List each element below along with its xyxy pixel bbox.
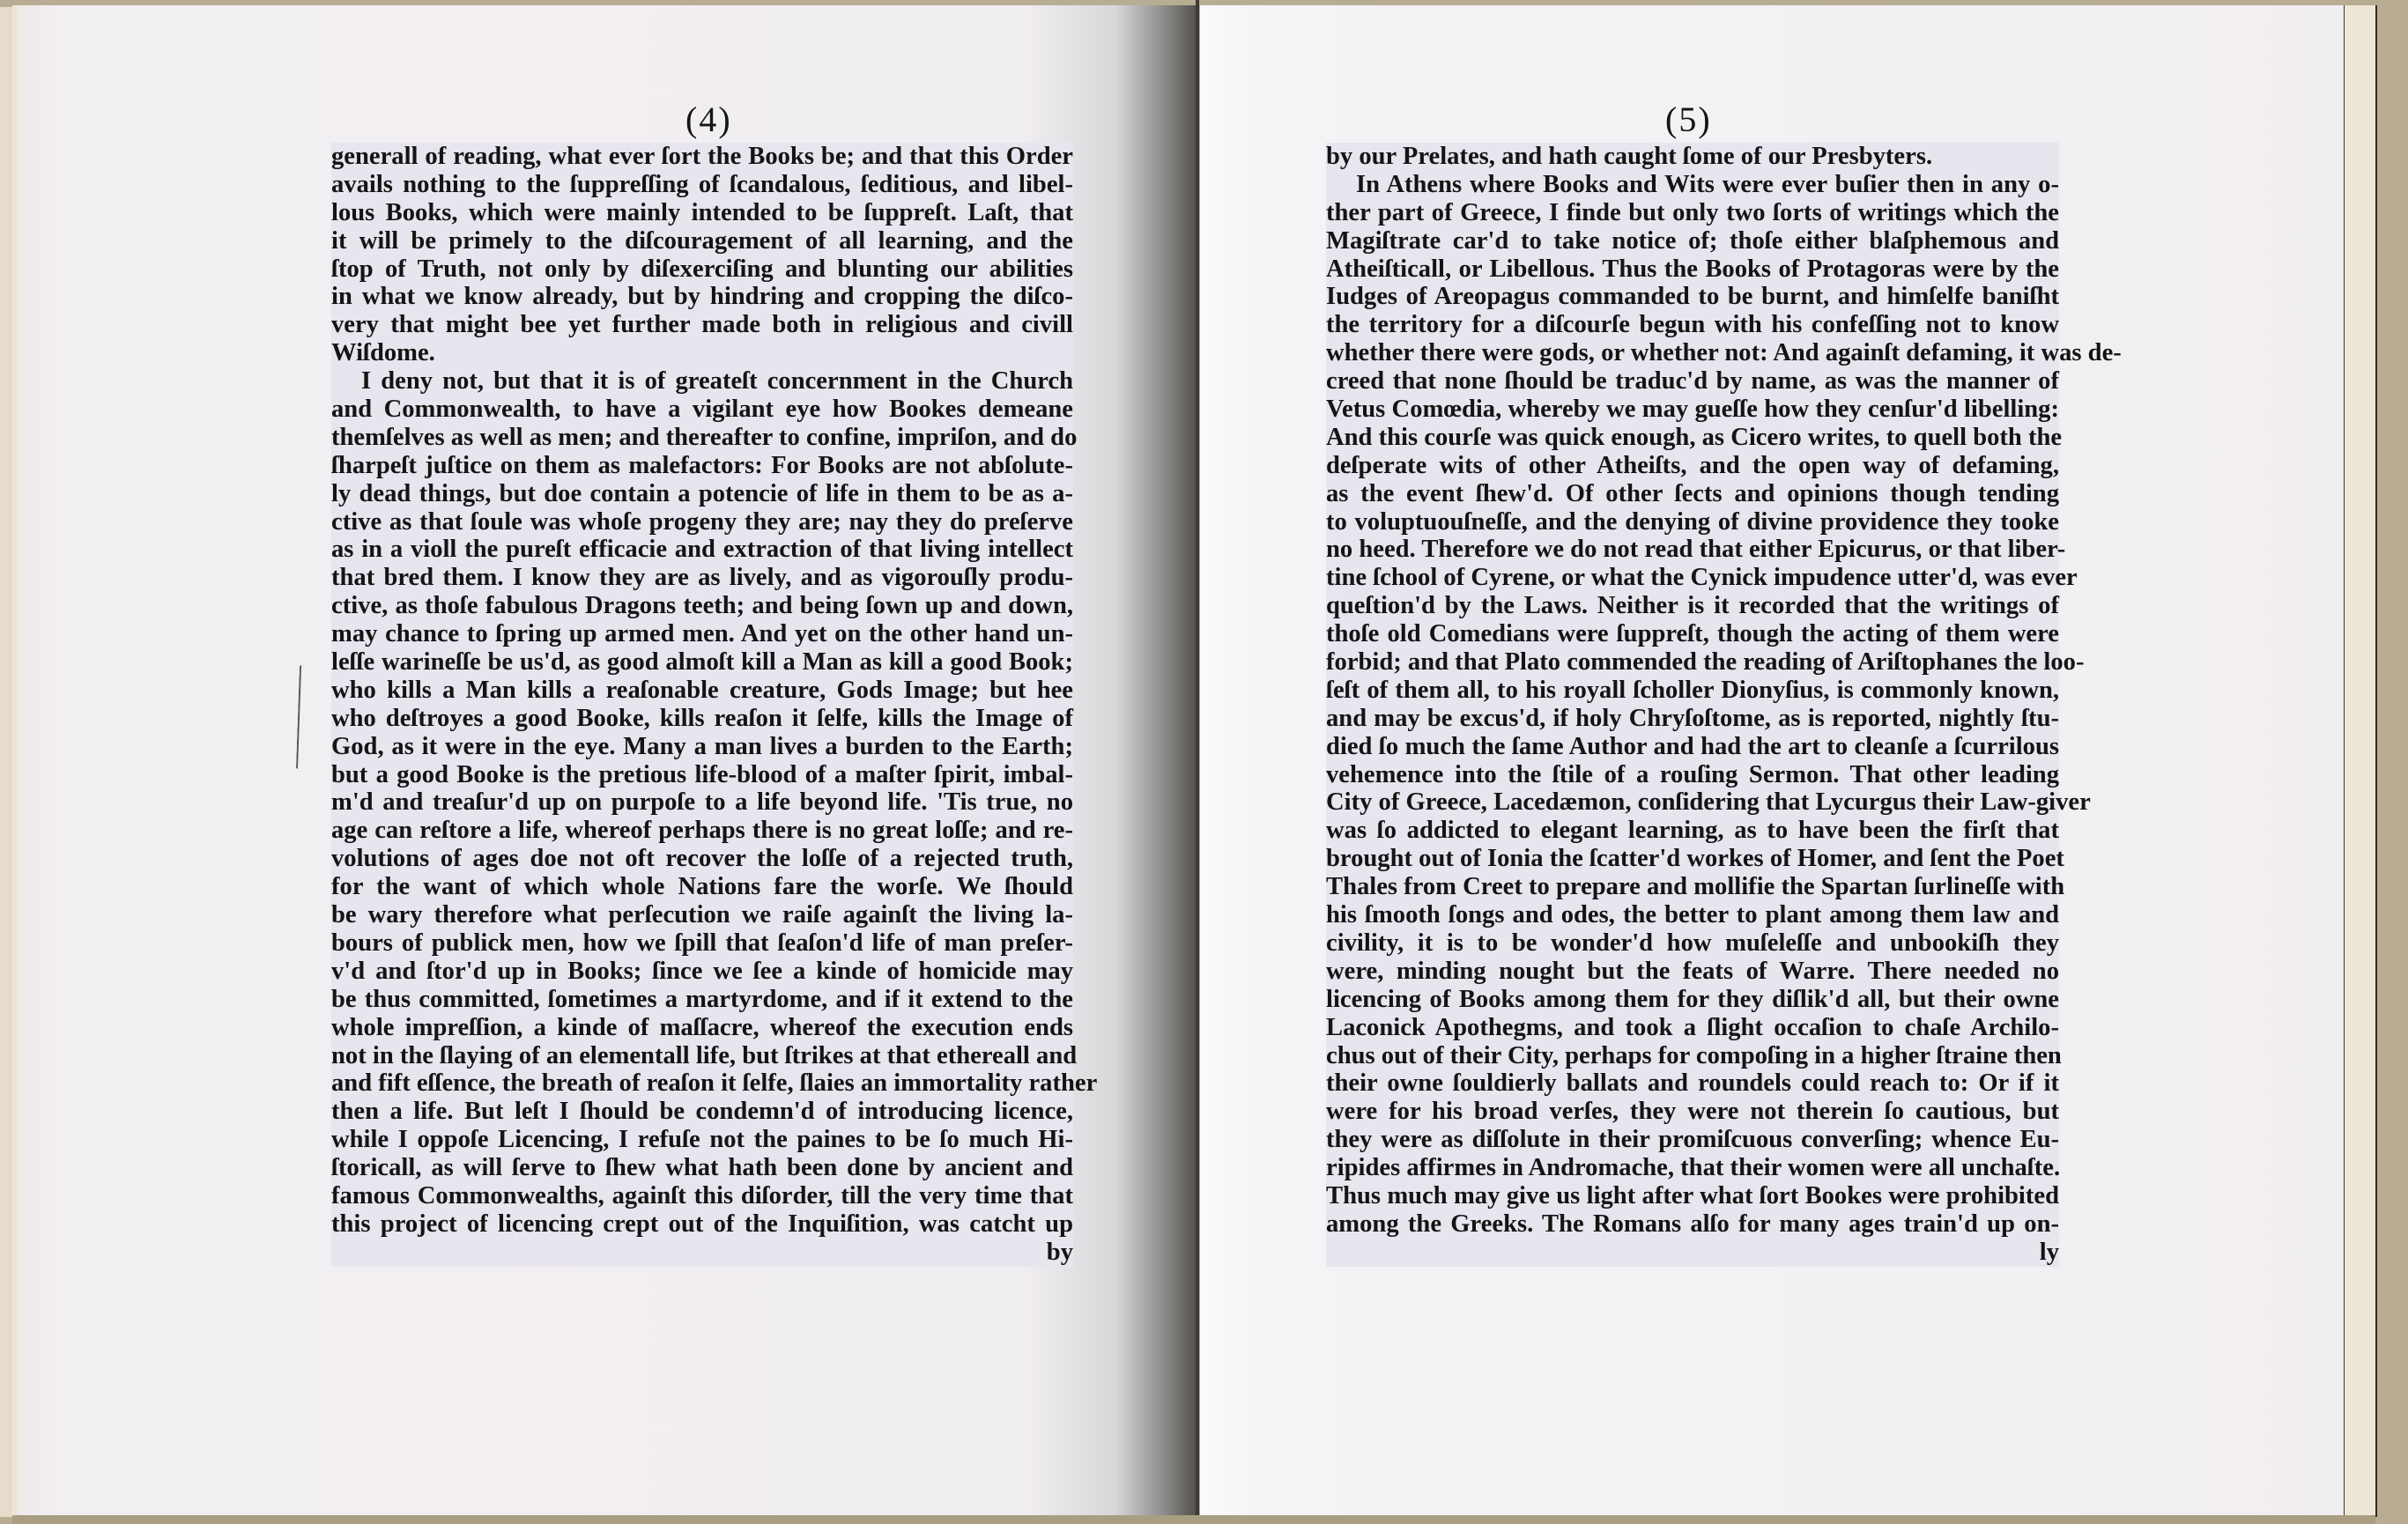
text-line: civility, it is to be wonder'd how muſel… <box>1326 929 2059 958</box>
text-line: deſperate wits of other Atheiſts, and th… <box>1326 452 2059 480</box>
catchword: by <box>331 1239 1073 1267</box>
text-line: Atheiſticall, or Libellous. Thus the Boo… <box>1326 255 2059 284</box>
text-line: that bred them. I know they are as livel… <box>331 564 1073 592</box>
text-line: this project of licencing crept out of t… <box>331 1210 1073 1239</box>
text-line: lous Books, which were mainly intended t… <box>331 199 1073 227</box>
text-line: leſſe warineſſe be us'd, as good almoſt … <box>331 648 1073 677</box>
text-line: it will be primely to the diſcouragement… <box>331 227 1073 255</box>
text-line: their owne ſouldierly ballats and rounde… <box>1326 1069 2059 1098</box>
text-line: chus out of their City, perhaps for comp… <box>1326 1042 2059 1070</box>
text-line: licencing of Books among them for they d… <box>1326 986 2059 1014</box>
text-line: who kills a Man kills a reaſonable creat… <box>331 677 1073 705</box>
text-line: m'd and treaſur'd up on purpoſe to a lif… <box>331 788 1073 817</box>
text-line: Magiſtrate car'd to take notice of; thoſ… <box>1326 227 2059 255</box>
text-line: Iudges of Areopagus commanded to be burn… <box>1326 283 2059 311</box>
text-line: the territory for a diſcourſe begun with… <box>1326 311 2059 339</box>
text-line: ſtop of Truth, not only by diſexerciſing… <box>331 255 1073 284</box>
text-line: and fift eſſence, the breath of reaſon i… <box>331 1069 1073 1098</box>
text-line: generall of reading, what ever ſort the … <box>331 143 1073 171</box>
text-line: Wiſdome. <box>331 339 1073 367</box>
text-line: were for his broad verſes, they were not… <box>1326 1098 2059 1126</box>
text-line: And this courſe was quick enough, as Cic… <box>1326 424 2059 452</box>
right-fore-edge <box>2344 5 2375 1517</box>
text-line: no heed. Therefore we do not read that e… <box>1326 536 2059 564</box>
text-line: then a life. But leſt I ſhould be condem… <box>331 1098 1073 1126</box>
text-line: Thus much may give us light after what ſ… <box>1326 1182 2059 1210</box>
text-line: ctive, as thoſe fabulous Dragons teeth; … <box>331 592 1073 620</box>
text-line: died ſo much the ſame Author and had the… <box>1326 733 2059 761</box>
text-line: were, minding nought but the feats of Wa… <box>1326 958 2059 986</box>
text-line: in what we know already, but by hindring… <box>331 283 1073 311</box>
book-spread: (4) (5) generall of reading, what ever ſ… <box>0 0 2408 1524</box>
text-line: they were as diſſolute in their promiſcu… <box>1326 1126 2059 1154</box>
text-line: as in a violl the pureſt efficacie and e… <box>331 536 1073 564</box>
text-line: vehemence into the ſtile of a rouſing Se… <box>1326 761 2059 789</box>
text-line: I deny not, but that it is of greateſt c… <box>331 367 1073 396</box>
text-line: queſtion'd by the Laws. Neither is it re… <box>1326 592 2059 620</box>
right-page-text: by our Prelates, and hath caught ſome of… <box>1326 143 2059 1267</box>
text-line: Vetus Comœdia, whereby we may gueſſe how… <box>1326 396 2059 424</box>
text-line: not in the ſlaying of an elementall life… <box>331 1042 1073 1070</box>
text-line: whether there were gods, or whether not:… <box>1326 339 2059 367</box>
text-line: be thus committed, ſometimes a martyrdom… <box>331 986 1073 1014</box>
text-line: v'd and ſtor'd up in Books; ſince we ſee… <box>331 958 1073 986</box>
page-bottom-edge <box>12 1515 2375 1524</box>
text-line: famous Commonwealths, againſt this diſor… <box>331 1182 1073 1210</box>
text-line: ſtoricall, as will ſerve to ſhew what ha… <box>331 1154 1073 1182</box>
text-line: God, as it were in the eye. Many a man l… <box>331 733 1073 761</box>
text-line: may chance to ſpring up armed men. And y… <box>331 620 1073 648</box>
catchword: ly <box>1326 1239 2059 1267</box>
left-page-edge <box>0 7 12 1517</box>
text-line: to voluptuouſneſſe, and the denying of d… <box>1326 508 2059 536</box>
text-line: and may be excus'd, if holy Chryſoſtome,… <box>1326 705 2059 733</box>
text-line: volutions of ages doe not oft recover th… <box>331 845 1073 873</box>
text-line: and Commonwealth, to have a vigilant eye… <box>331 396 1073 424</box>
text-line: whole impreſſion, a kinde of maſſacre, w… <box>331 1014 1073 1042</box>
text-line: brought out of Ionia the ſcatter'd worke… <box>1326 845 2059 873</box>
text-line: while I oppoſe Licencing, I refuſe not t… <box>331 1126 1073 1154</box>
page-number-right: (5) <box>1665 99 1712 140</box>
text-line: his ſmooth ſongs and odes, the better to… <box>1326 901 2059 929</box>
text-line: for the want of which whole Nations fare… <box>331 873 1073 901</box>
text-line: ripides affirmes in Andromache, that the… <box>1326 1154 2059 1182</box>
text-line: forbid; and that Plato commended the rea… <box>1326 648 2059 677</box>
text-line: Laconick Apothegms, and took a ſlight oc… <box>1326 1014 2059 1042</box>
text-line: ther part of Greece, I finde but only tw… <box>1326 199 2059 227</box>
text-line: as the event ſhew'd. Of other ſects and … <box>1326 480 2059 508</box>
text-line: be wary therefore what perſecution we ra… <box>331 901 1073 929</box>
text-line: ctive as that ſoule was whoſe progeny th… <box>331 508 1073 536</box>
text-line: tine ſchool of Cyrene, or what the Cynic… <box>1326 564 2059 592</box>
text-line: thoſe old Comedians were ſuppreſt, thoug… <box>1326 620 2059 648</box>
page-number-left: (4) <box>685 99 732 140</box>
text-line: ſharpeſt juſtice on them as malefactors:… <box>331 452 1073 480</box>
text-line: creed that none ſhould be traduc'd by na… <box>1326 367 2059 396</box>
book-gutter <box>1196 0 1199 1524</box>
text-line: ſeſt of them all, to his royall ſcholler… <box>1326 677 2059 705</box>
text-line: City of Greece, Lacedæmon, conſidering t… <box>1326 788 2059 817</box>
text-line: ly dead things, but doe contain a potenc… <box>331 480 1073 508</box>
text-line: by our Prelates, and hath caught ſome of… <box>1326 143 2059 171</box>
text-line: Thales from Creet to prepare and mollifi… <box>1326 873 2059 901</box>
text-line: themſelves as well as men; and thereafte… <box>331 424 1073 452</box>
text-line: but a good Booke is the pretious life-bl… <box>331 761 1073 789</box>
text-line: who deſtroyes a good Booke, kills reaſon… <box>331 705 1073 733</box>
text-line: was ſo addicted to elegant learning, as … <box>1326 817 2059 845</box>
text-line: bours of publick men, how we ſpill that … <box>331 929 1073 958</box>
text-line: avails nothing to the ſuppreſſing of ſca… <box>331 171 1073 199</box>
text-line: age can reſtore a life, whereof perhaps … <box>331 817 1073 845</box>
text-line: In Athens where Books and Wits were ever… <box>1326 171 2059 199</box>
text-line: very that might bee yet further made bot… <box>331 311 1073 339</box>
text-line: among the Greeks. The Romans alſo for ma… <box>1326 1210 2059 1239</box>
left-page-text: generall of reading, what ever ſort the … <box>331 143 1073 1267</box>
